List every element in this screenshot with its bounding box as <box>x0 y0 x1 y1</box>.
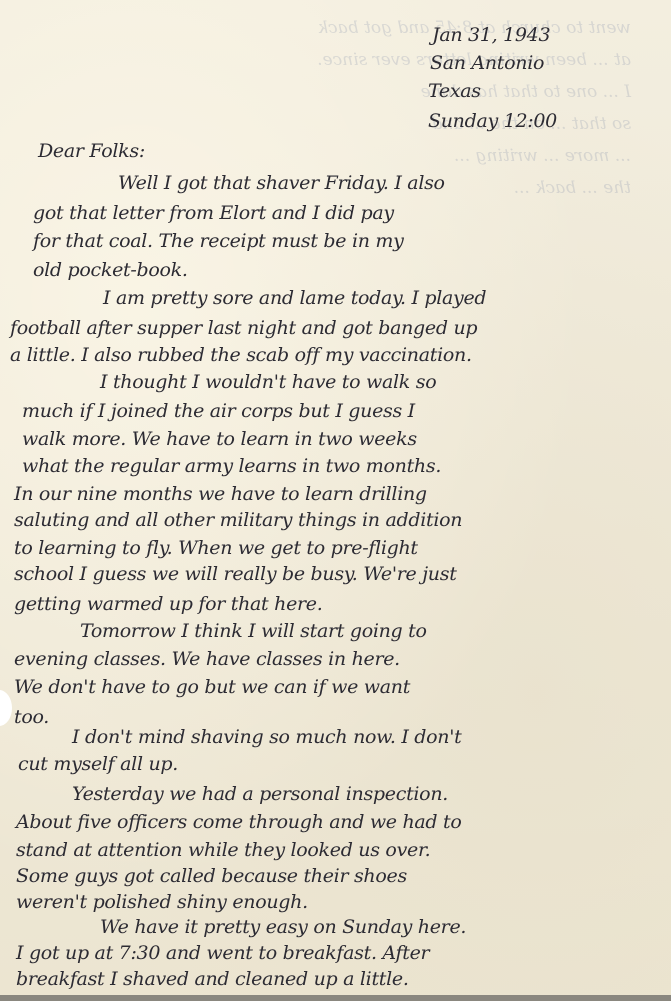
letter-line: got that letter from Elort and I did pay <box>33 202 394 224</box>
letter-line: stand at attention while they looked us … <box>16 839 430 861</box>
letter-line: breakfast I shaved and cleaned up a litt… <box>16 968 409 990</box>
letter-line: I got up at 7:30 and went to breakfast. … <box>16 942 429 964</box>
scan-edge <box>0 995 671 1001</box>
letter-line: About five officers come through and we … <box>16 811 462 833</box>
letter-line: too. <box>14 706 49 728</box>
letter-line: to learning to fly. When we get to pre-f… <box>14 537 418 559</box>
letter-line: walk more. We have to learn in two weeks <box>22 428 417 450</box>
letter-line: for that coal. The receipt must be in my <box>33 230 404 252</box>
letter-line: Well I got that shaver Friday. I also <box>118 172 445 194</box>
letter-line: what the regular army learns in two mont… <box>22 455 441 477</box>
letter-line: I thought I wouldn't have to walk so <box>100 371 436 393</box>
letter-line: Some guys got called because their shoes <box>16 865 407 887</box>
letter-line: Tomorrow I think I will start going to <box>80 620 427 642</box>
letter-line: evening classes. We have classes in here… <box>14 648 400 670</box>
punch-hole <box>0 690 12 726</box>
letter-city: San Antonio <box>430 52 544 74</box>
letter-line: cut myself all up. <box>18 753 178 775</box>
letter-state: Texas <box>428 80 481 102</box>
letter-date: Jan 31, 1943 <box>432 24 550 46</box>
letter-line: saluting and all other military things i… <box>14 509 462 531</box>
letter-line: a little. I also rubbed the scab off my … <box>10 344 472 366</box>
letter-line: much if I joined the air corps but I gue… <box>22 400 415 422</box>
salutation: Dear Folks: <box>38 140 145 162</box>
letter-line: We have it pretty easy on Sunday here. <box>100 916 466 938</box>
letter-line: I am pretty sore and lame today. I playe… <box>103 287 486 309</box>
letter-page: went to church at 8:45 and got back at .… <box>0 0 671 995</box>
letter-line: old pocket-book. <box>33 259 188 281</box>
letter-line: Yesterday we had a personal inspection. <box>72 783 448 805</box>
letter-line: football after supper last night and got… <box>10 317 477 339</box>
letter-line: We don't have to go but we can if we wan… <box>14 676 410 698</box>
letter-line: getting warmed up for that here. <box>14 593 322 615</box>
letter-line: I don't mind shaving so much now. I don'… <box>72 726 461 748</box>
letter-day-time: Sunday 12:00 <box>428 110 557 132</box>
letter-line: In our nine months we have to learn dril… <box>14 483 427 505</box>
letter-line: school I guess we will really be busy. W… <box>14 563 457 585</box>
letter-line: weren't polished shiny enough. <box>16 891 308 913</box>
